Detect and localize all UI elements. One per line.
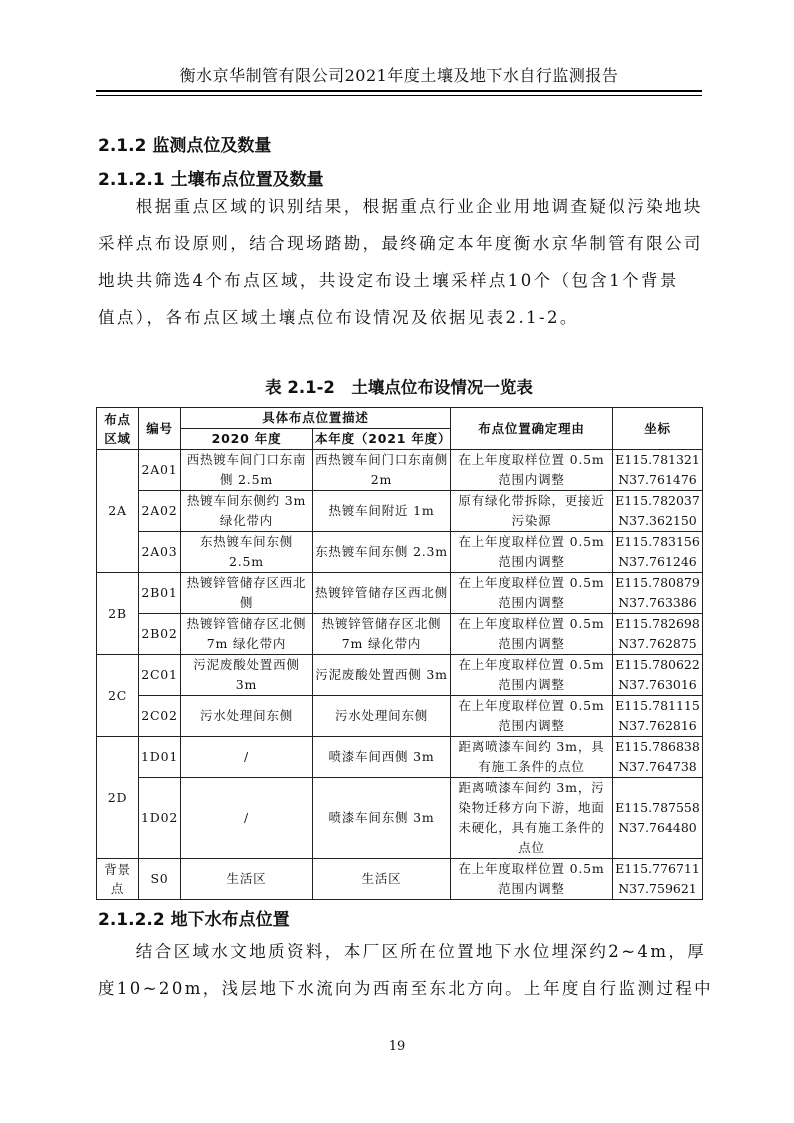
cell-id: 2B01 [139,573,181,614]
coord-e: E115.782037 [615,491,700,511]
coord-e: E115.780879 [615,573,700,593]
table-row: 2C 2C01 污泥废酸处置西侧 3m 污泥废酸处置西侧 3m 在上年度取样位置… [97,655,703,696]
cell-2020: 热镀锌管储存区北侧 7m 绿化带内 [181,614,313,655]
paragraph-line: 根据重点区域的识别结果，根据重点行业企业用地调查疑似污染地块 [98,188,702,225]
section-heading-2-1-2-2: 2.1.2.2 地下水布点位置 [98,905,290,930]
running-header: 衡水京华制管有限公司2021年度土壤及地下水自行监测报告 [96,63,702,86]
cell-id: 2A01 [139,450,181,491]
cell-coord: E115.781115N37.762816 [613,696,703,737]
coord-n: N37.763386 [615,593,700,613]
cell-2020: 污水处理间东侧 [181,696,313,737]
coord-e: E115.780622 [615,655,700,675]
cell-2020: 生活区 [181,859,313,900]
header-desc-group: 具体布点位置描述 [181,408,451,429]
cell-reason: 在上年度取样位置 0.5m 范围内调整 [451,655,613,696]
cell-2021: 污泥废酸处置西侧 3m [313,655,451,696]
cell-area: 背景点 [97,859,139,900]
cell-coord: E115.783156N37.761246 [613,532,703,573]
cell-id: S0 [139,859,181,900]
cell-2021: 喷漆车间东侧 3m [313,778,451,859]
cell-reason: 在上年度取样位置 0.5m 范围内调整 [451,450,613,491]
cell-reason: 距离喷漆车间约 3m，污染物迁移方向下游，地面未硬化，具有施工条件的点位 [451,778,613,859]
cell-reason: 在上年度取样位置 0.5m 范围内调整 [451,532,613,573]
coord-e: E115.787558 [615,798,700,818]
table-row: 2B 2B01 热镀锌管储存区西北侧 热镀锌管储存区西北侧 在上年度取样位置 0… [97,573,703,614]
cell-2021: 喷漆车间西侧 3m [313,737,451,778]
cell-area: 2A [97,450,139,573]
cell-2020: 污泥废酸处置西侧 3m [181,655,313,696]
table-caption: 表 2.1-2 土壤点位布设情况一览表 [96,374,702,398]
soil-sampling-table: 布点区域 编号 具体布点位置描述 布点位置确定理由 坐标 2020 年度 本年度… [96,407,703,900]
table-row: 1D02 / 喷漆车间东侧 3m 距离喷漆车间约 3m，污染物迁移方向下游，地面… [97,778,703,859]
cell-2021: 热镀锌管储存区西北侧 [313,573,451,614]
coord-n: N37.764738 [615,757,700,777]
cell-coord: E115.780879N37.763386 [613,573,703,614]
paragraph-soil-points: 根据重点区域的识别结果，根据重点行业企业用地调查疑似污染地块 采样点布设原则，结… [98,188,702,336]
cell-coord: E115.776711N37.759621 [613,859,703,900]
paragraph-line: 结合区域水文地质资料，本厂区所在位置地下水位埋深约2~4m，厚 [98,933,702,970]
header-area: 布点区域 [97,408,139,450]
coord-e: E115.781321 [615,450,700,470]
coord-e: E115.782698 [615,614,700,634]
cell-2021: 热镀车间附近 1m [313,491,451,532]
cell-2021: 热镀锌管储存区北侧 7m 绿化带内 [313,614,451,655]
cell-reason: 原有绿化带拆除，更接近污染源 [451,491,613,532]
cell-2021: 西热镀车间门口东南侧 2m [313,450,451,491]
paragraph-line: 值点），各布点区域土壤点位布设情况及依据见表2.1-2。 [98,299,702,336]
cell-area: 2D [97,737,139,859]
coord-n: N37.763016 [615,675,700,695]
paragraph-line: 度10~20m，浅层地下水流向为西南至东北方向。上年度自行监测过程中 [98,970,702,1007]
header-2021: 本年度（2021 年度） [313,429,451,450]
page-number: 19 [0,1039,794,1054]
header-id: 编号 [139,408,181,450]
table-row: 2A03 东热镀车间东侧 2.5m 东热镀车间东侧 2.3m 在上年度取样位置 … [97,532,703,573]
header-2020: 2020 年度 [181,429,313,450]
cell-reason: 在上年度取样位置 0.5m 范围内调整 [451,859,613,900]
cell-id: 2C02 [139,696,181,737]
cell-id: 2C01 [139,655,181,696]
paragraph-groundwater: 结合区域水文地质资料，本厂区所在位置地下水位埋深约2~4m，厚 度10~20m，… [98,933,702,1007]
coord-n: N37.761246 [615,552,700,572]
cell-coord: E115.782037N37.362150 [613,491,703,532]
cell-reason: 在上年度取样位置 0.5m 范围内调整 [451,614,613,655]
header-rule-thin [96,95,702,96]
coord-e: E115.776711 [615,859,700,879]
coord-n: N37.362150 [615,511,700,531]
coord-n: N37.762875 [615,634,700,654]
cell-2020: 东热镀车间东侧 2.5m [181,532,313,573]
coord-e: E115.783156 [615,532,700,552]
table-row: 2C02 污水处理间东侧 污水处理间东侧 在上年度取样位置 0.5m 范围内调整… [97,696,703,737]
section-heading-2-1-2: 2.1.2 监测点位及数量 [98,131,271,156]
cell-id: 1D01 [139,737,181,778]
cell-id: 1D02 [139,778,181,859]
coord-n: N37.759621 [615,879,700,899]
cell-2021: 污水处理间东侧 [313,696,451,737]
cell-2020: 西热镀车间门口东南侧 2.5m [181,450,313,491]
cell-coord: E115.786838N37.764738 [613,737,703,778]
cell-2020: 热镀车间东侧约 3m 绿化带内 [181,491,313,532]
table-row: 2A 2A01 西热镀车间门口东南侧 2.5m 西热镀车间门口东南侧 2m 在上… [97,450,703,491]
cell-id: 2A03 [139,532,181,573]
table-row: 2B02 热镀锌管储存区北侧 7m 绿化带内 热镀锌管储存区北侧 7m 绿化带内… [97,614,703,655]
cell-coord: E115.781321N37.761476 [613,450,703,491]
cell-reason: 距离喷漆车间约 3m，具有施工条件的点位 [451,737,613,778]
cell-area: 2B [97,573,139,655]
cell-2020: / [181,737,313,778]
cell-id: 2B02 [139,614,181,655]
coord-n: N37.762816 [615,716,700,736]
cell-2021: 生活区 [313,859,451,900]
paragraph-line: 采样点布设原则，结合现场踏勘，最终确定本年度衡水京华制管有限公司 [98,225,702,262]
header-rule-thick [96,90,702,92]
coord-n: N37.764480 [615,818,700,838]
cell-id: 2A02 [139,491,181,532]
coord-e: E115.786838 [615,737,700,757]
header-coord: 坐标 [613,408,703,450]
cell-reason: 在上年度取样位置 0.5m 范围内调整 [451,573,613,614]
cell-coord: E115.782698N37.762875 [613,614,703,655]
cell-coord: E115.780622N37.763016 [613,655,703,696]
header-reason: 布点位置确定理由 [451,408,613,450]
coord-e: E115.781115 [615,696,700,716]
cell-coord: E115.787558N37.764480 [613,778,703,859]
cell-2021: 东热镀车间东侧 2.3m [313,532,451,573]
cell-2020: 热镀锌管储存区西北侧 [181,573,313,614]
paragraph-line: 地块共筛选4个布点区域，共设定布设土壤采样点10个（包含1个背景 [98,262,702,299]
table-row: 背景点 S0 生活区 生活区 在上年度取样位置 0.5m 范围内调整 E115.… [97,859,703,900]
table-row: 2A02 热镀车间东侧约 3m 绿化带内 热镀车间附近 1m 原有绿化带拆除，更… [97,491,703,532]
section-heading-2-1-2-1: 2.1.2.1 土壤布点位置及数量 [98,165,324,190]
cell-reason: 在上年度取样位置 0.5m 范围内调整 [451,696,613,737]
cell-2020: / [181,778,313,859]
coord-n: N37.761476 [615,470,700,490]
cell-area: 2C [97,655,139,737]
table-row: 2D 1D01 / 喷漆车间西侧 3m 距离喷漆车间约 3m，具有施工条件的点位… [97,737,703,778]
